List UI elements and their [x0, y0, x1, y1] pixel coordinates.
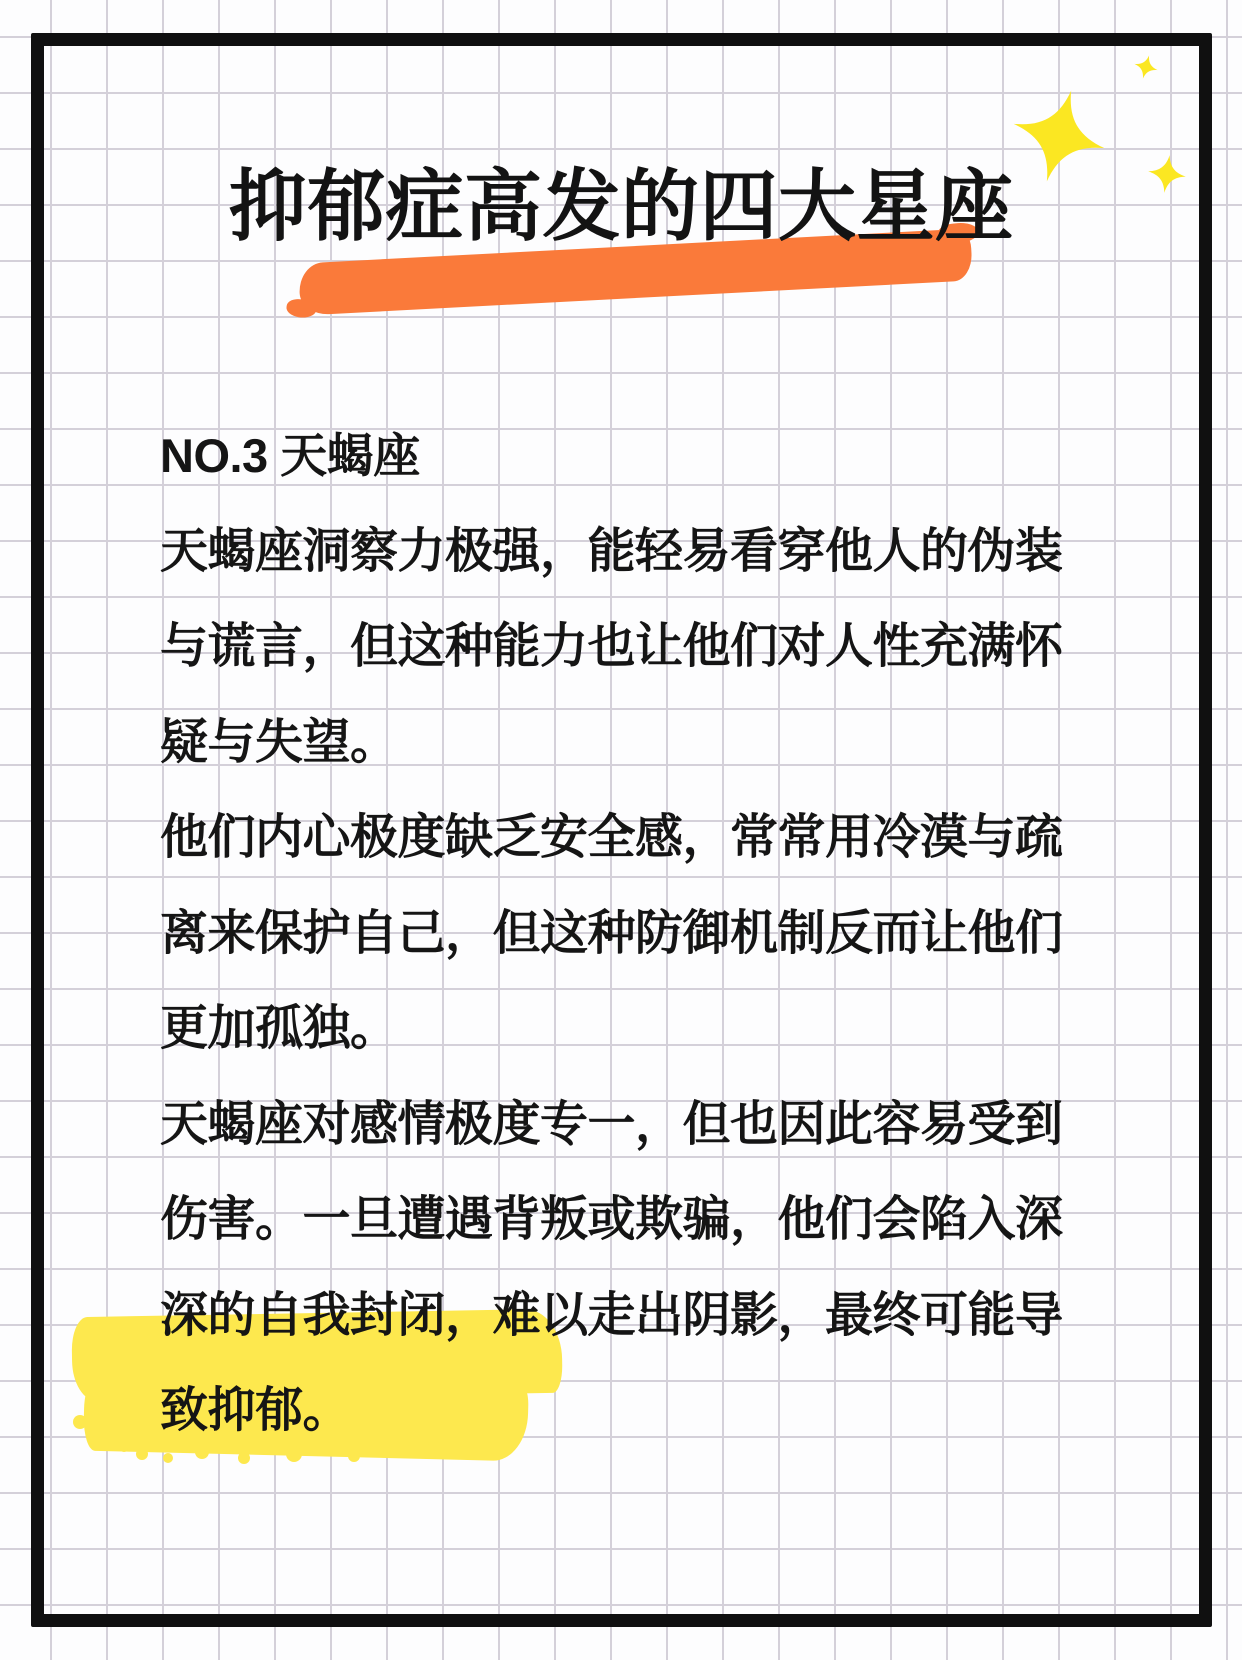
body-line: 与谎言，但这种能力也让他们对人性充满怀	[160, 599, 1142, 695]
body-line: 伤害。一旦遭遇背叛或欺骗，他们会陷入深	[160, 1172, 1142, 1268]
body-line: 天蝎座对感情极度专一，但也因此容易受到	[160, 1077, 1142, 1173]
body-line: 更加孤独。	[160, 981, 1142, 1077]
body-line: 天蝎座洞察力极强，能轻易看穿他人的伪装	[160, 504, 1142, 600]
body-line: 深的自我封闭，难以走出阴影，最终可能导	[160, 1268, 1142, 1364]
article-body: NO.3 天蝎座 天蝎座洞察力极强，能轻易看穿他人的伪装 与谎言，但这种能力也让…	[160, 408, 1142, 1459]
body-line: 致抑郁。	[160, 1363, 1142, 1459]
body-line: 他们内心极度缺乏安全感，常常用冷漠与疏	[160, 790, 1142, 886]
body-line: 疑与失望。	[160, 695, 1142, 791]
yellow-highlighter-speckles	[120, 1444, 128, 1452]
section-heading: NO.3 天蝎座	[160, 408, 1142, 504]
body-line: 离来保护自己，但这种防御机制反而让他们	[160, 886, 1142, 982]
sparkle-icon	[1130, 47, 1162, 86]
page-title: 抑郁症高发的四大星座	[0, 167, 1242, 245]
